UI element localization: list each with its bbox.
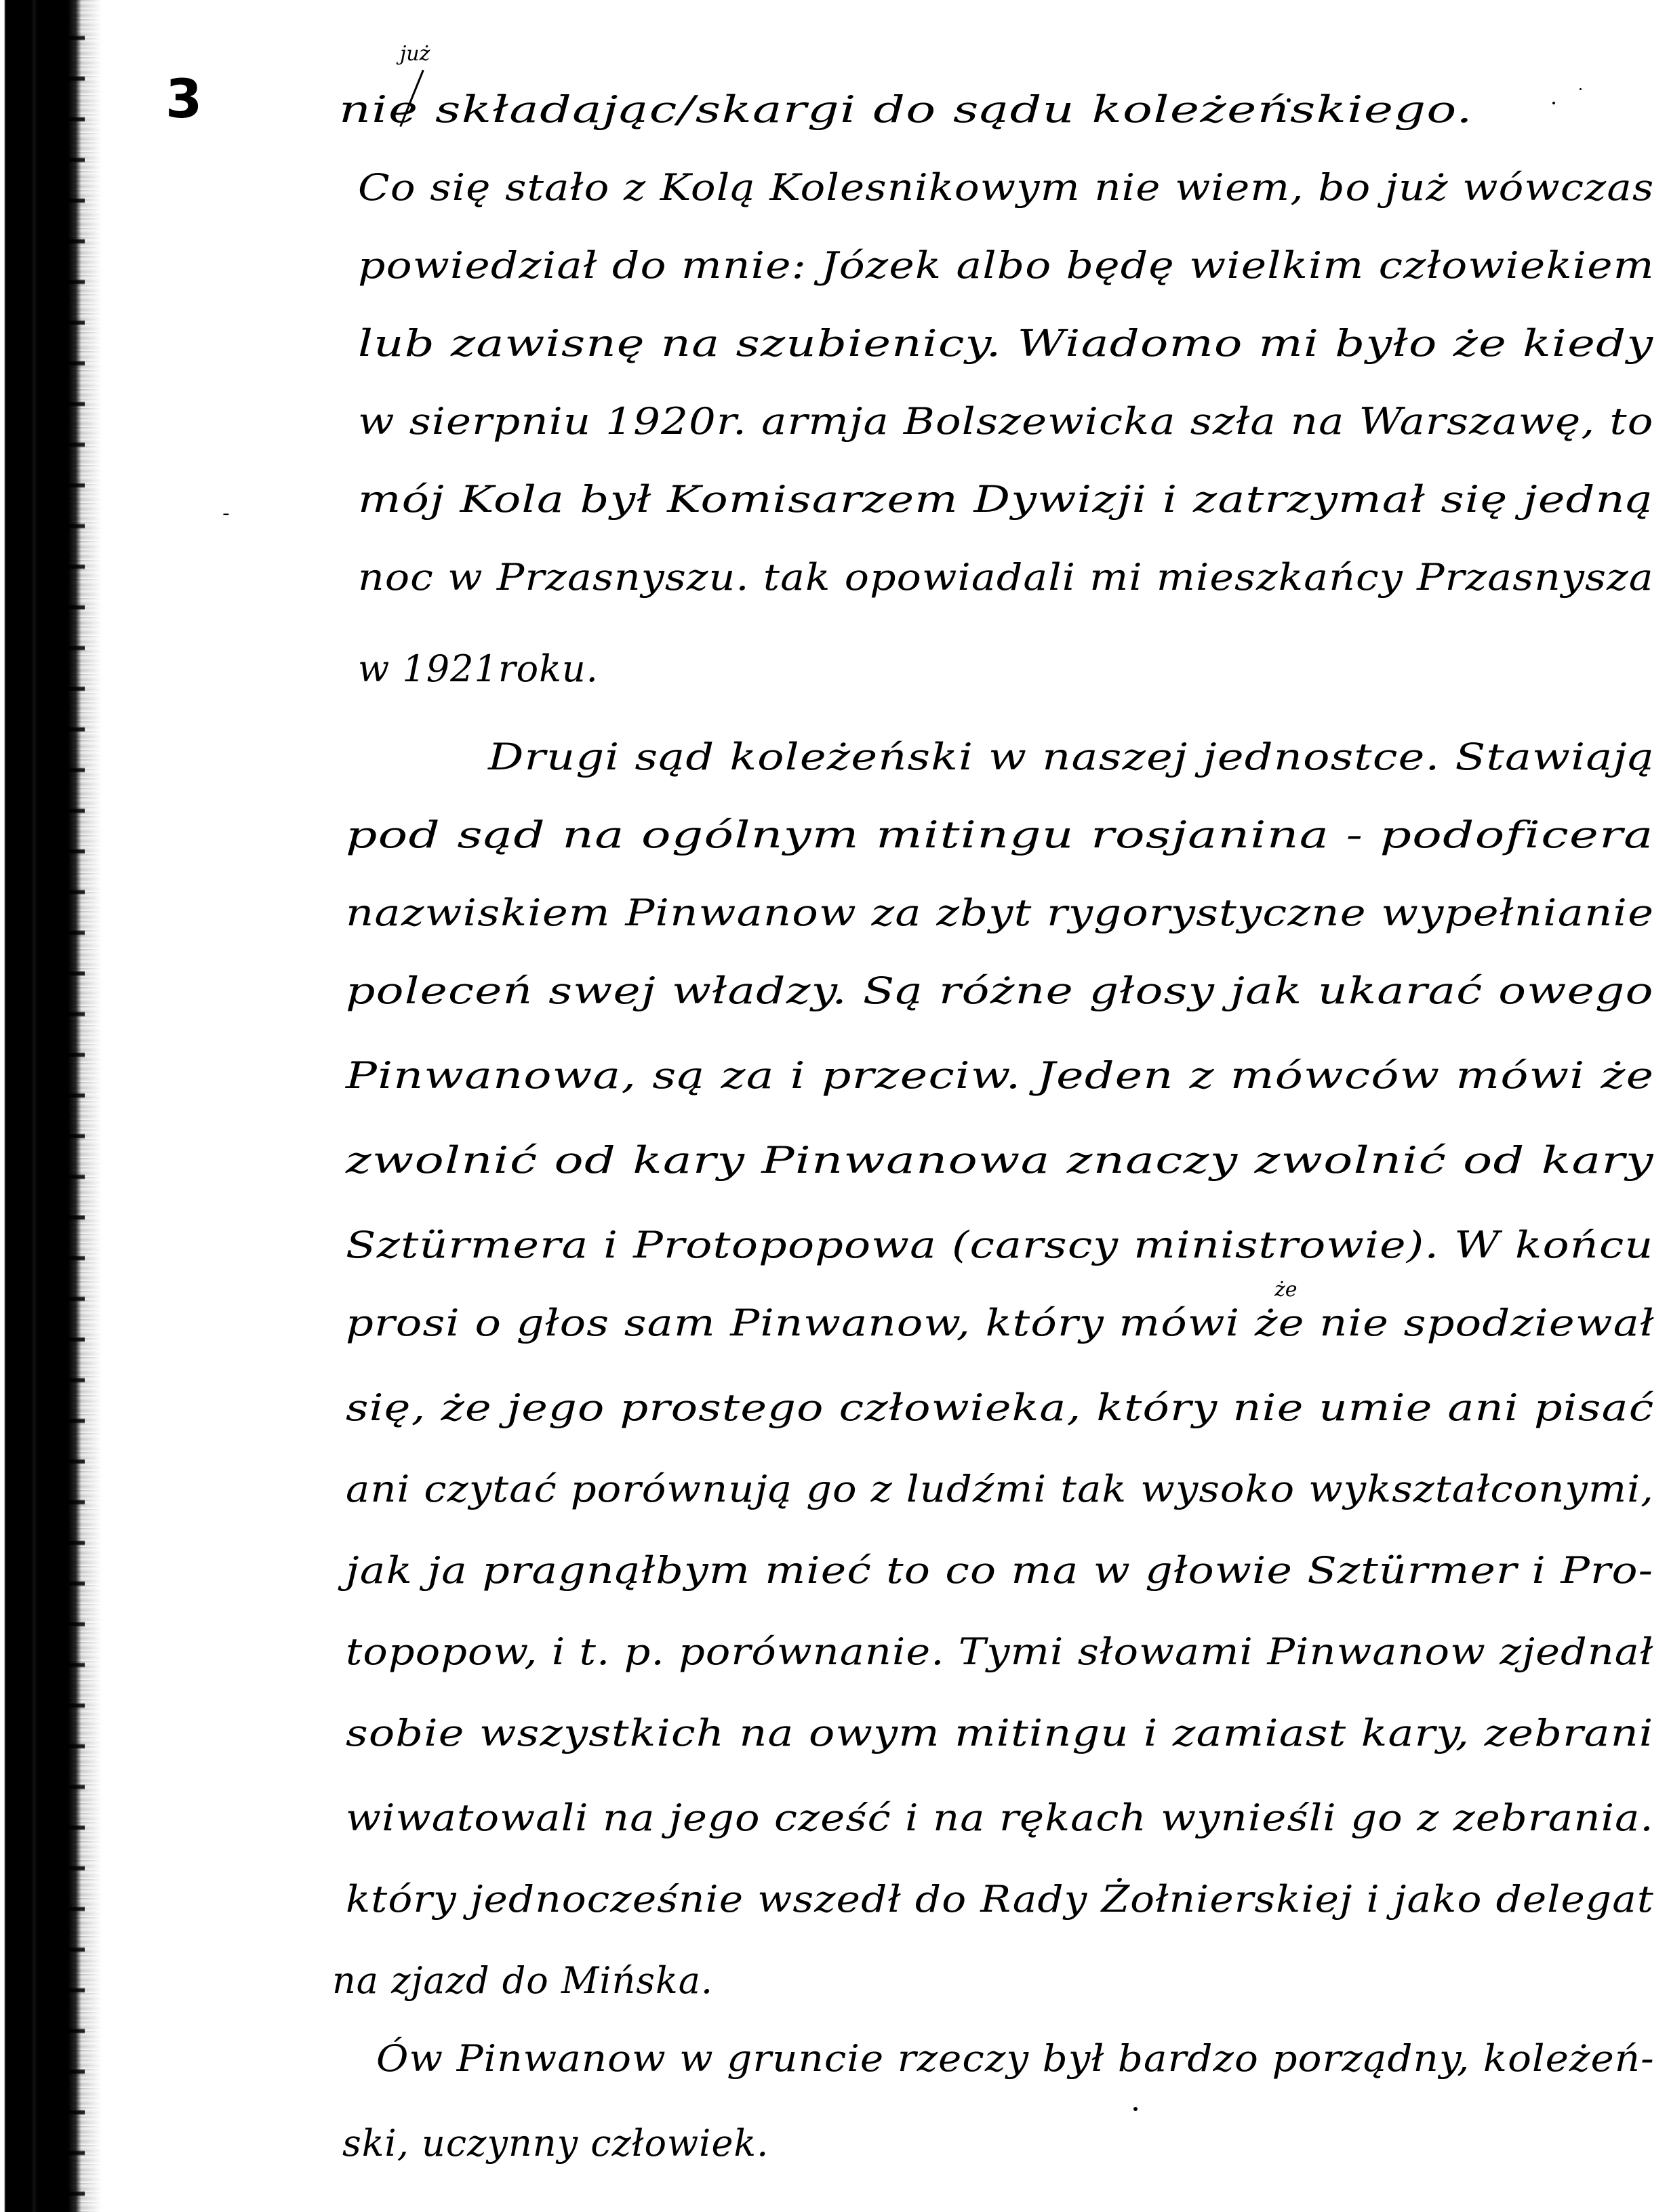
manuscript-line: ski, uczynny człowiek.	[342, 2125, 769, 2162]
manuscript-line: w sierpniu 1920r. armja Bolszewicka szła…	[358, 403, 1654, 440]
manuscript-line: zwolnić od kary Pinwanowa znaczy zwolnić…	[346, 1142, 1654, 1179]
manuscript-line: nazwiskiem Pinwanow za zbyt rygorystyczn…	[346, 895, 1654, 931]
manuscript-line: nie składając/skargi do sądu koleżeńskie…	[339, 92, 1473, 128]
manuscript-line: noc w Przasnyszu. tak opowiadali mi mies…	[358, 559, 1654, 596]
manuscript-line: na zjazd do Mińska.	[332, 1963, 713, 1999]
scan-speck	[1287, 98, 1291, 102]
manuscript-line: powiedział do mnie: Józek albo będę wiel…	[358, 247, 1655, 284]
manuscript-line: poleceń swej władzy. Są różne głosy jak …	[346, 973, 1654, 1009]
scan-speck	[1552, 102, 1555, 104]
insertion-above-line: że	[1274, 1278, 1298, 1302]
manuscript-line: Co się stało z Kolą Kolesnikowym nie wie…	[358, 169, 1654, 206]
manuscript-line: prosi o głos sam Pinwanow, który mówi że…	[346, 1305, 1655, 1342]
manuscript-line: mój Kola był Komisarzem Dywizji i zatrzy…	[358, 481, 1653, 518]
manuscript-line: w 1921roku.	[358, 651, 599, 687]
manuscript-line: jak ja pragnąłbym mieć to co ma w głowie…	[346, 1552, 1653, 1589]
manuscript-line: Drugi sąd koleżeński w naszej jednostce.…	[488, 739, 1655, 776]
manuscript-line: się, że jego prostego człowieka, który n…	[346, 1390, 1654, 1426]
manuscript-line: Sztürmera i Protopopowa (carscy ministro…	[346, 1227, 1653, 1264]
manuscript-line: lub zawisnę na szubienicy. Wiadomo mi by…	[358, 325, 1653, 362]
manuscript-body: już nie składając/skargi do sądu koleżeń…	[0, 0, 1669, 2212]
manuscript-line: Pinwanowa, są za i przeciw. Jeden z mówc…	[346, 1058, 1654, 1094]
manuscript-line: wiwatowali na jego cześć i na rękach wyn…	[346, 1800, 1654, 1836]
manuscript-line: który jednocześnie wszedł do Rady Żołnie…	[346, 1881, 1654, 1918]
manuscript-line: Ów Pinwanow w gruncie rzeczy był bardzo …	[376, 2040, 1655, 2077]
insertion-above-line: już	[400, 42, 430, 66]
scan-speck	[1580, 88, 1582, 90]
manuscript-line: pod sąd na ogólnym mitingu rosjanina - p…	[346, 817, 1654, 853]
scan-speck	[1133, 2107, 1138, 2111]
manuscript-line: sobie wszystkich na owym mitingu i zamia…	[346, 1715, 1653, 1752]
manuscript-line: topopow, i t. p. porównanie. Tymi słowam…	[346, 1634, 1654, 1670]
manuscript-line: ani czytać porównują go z ludźmi tak wys…	[346, 1471, 1654, 1508]
